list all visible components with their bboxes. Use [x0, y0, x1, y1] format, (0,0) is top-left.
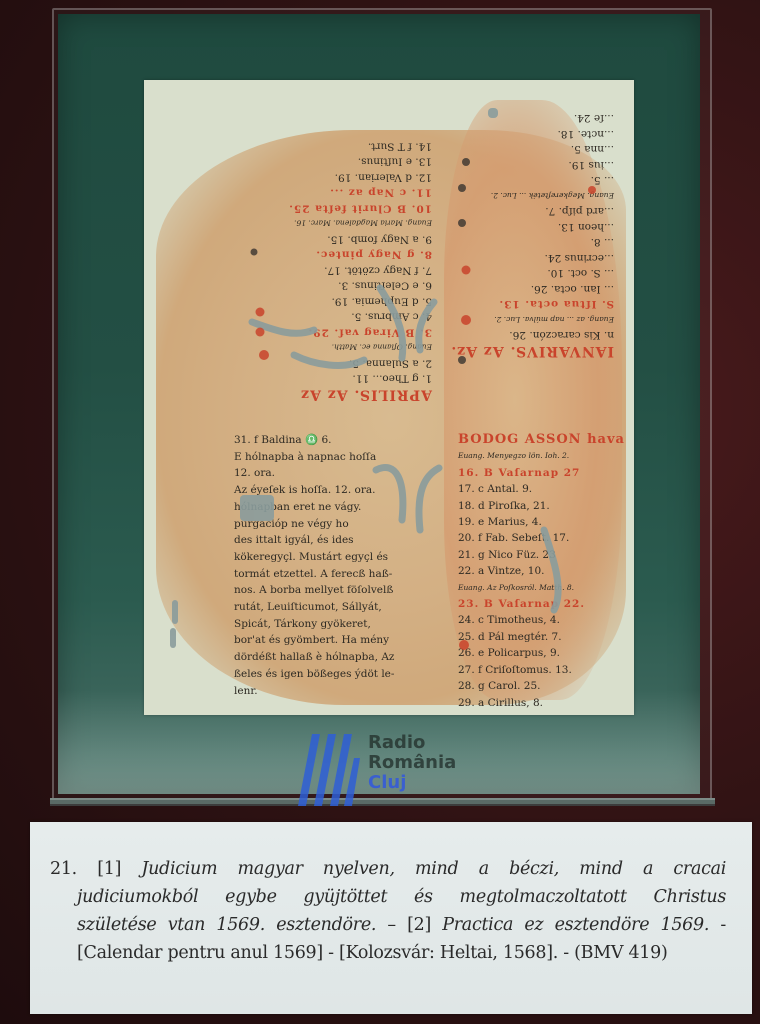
- exhibit-caption-card: 21. [1] Judicium magyar nyelven, mind a …: [30, 822, 752, 1014]
- caption-line-1: 21. [1] Judicium magyar nyelven, mind a …: [50, 855, 726, 883]
- caption-dash: -: [709, 915, 726, 935]
- watermark-text: Radio România Cluj: [368, 733, 456, 793]
- caption-number: 21.: [50, 859, 77, 879]
- caption-line-2: judiciumokból egybe gyüjtöttet és megtol…: [50, 883, 726, 911]
- caption-text: 21. [1] Judicium magyar nyelven, mind a …: [50, 855, 726, 967]
- caption-title-2: Practica ez esztendöre 1569.: [442, 915, 709, 935]
- radio-logo-stripes-icon: [290, 728, 364, 806]
- caption-item-1-ref: [1]: [97, 859, 121, 879]
- caption-title-1-cont: judiciumokból egybe gyüjtöttet és megtol…: [77, 887, 726, 907]
- watermark-cluj: Cluj: [368, 773, 456, 793]
- caption-title-1-end: születése vtan 1569. esztendöre.: [77, 915, 376, 935]
- caption-line-4: [Calendar pentru anul 1569] - [Kolozsvár…: [50, 939, 726, 967]
- caption-line-3: születése vtan 1569. esztendöre. – [2] P…: [50, 911, 726, 939]
- caption-separator: – [2]: [376, 915, 442, 935]
- calendar-page-1569: APRILIS. Az Az 1. g Theo... 11. 2. a Sul…: [144, 80, 634, 715]
- caption-title-1: Judicium magyar nyelven, mind a béczi, m…: [141, 859, 726, 879]
- conservation-tape-marks: [144, 80, 634, 715]
- watermark-radio: Radio: [368, 733, 456, 753]
- radio-romania-cluj-watermark: Radio România Cluj: [290, 728, 490, 812]
- watermark-romania: România: [368, 753, 456, 773]
